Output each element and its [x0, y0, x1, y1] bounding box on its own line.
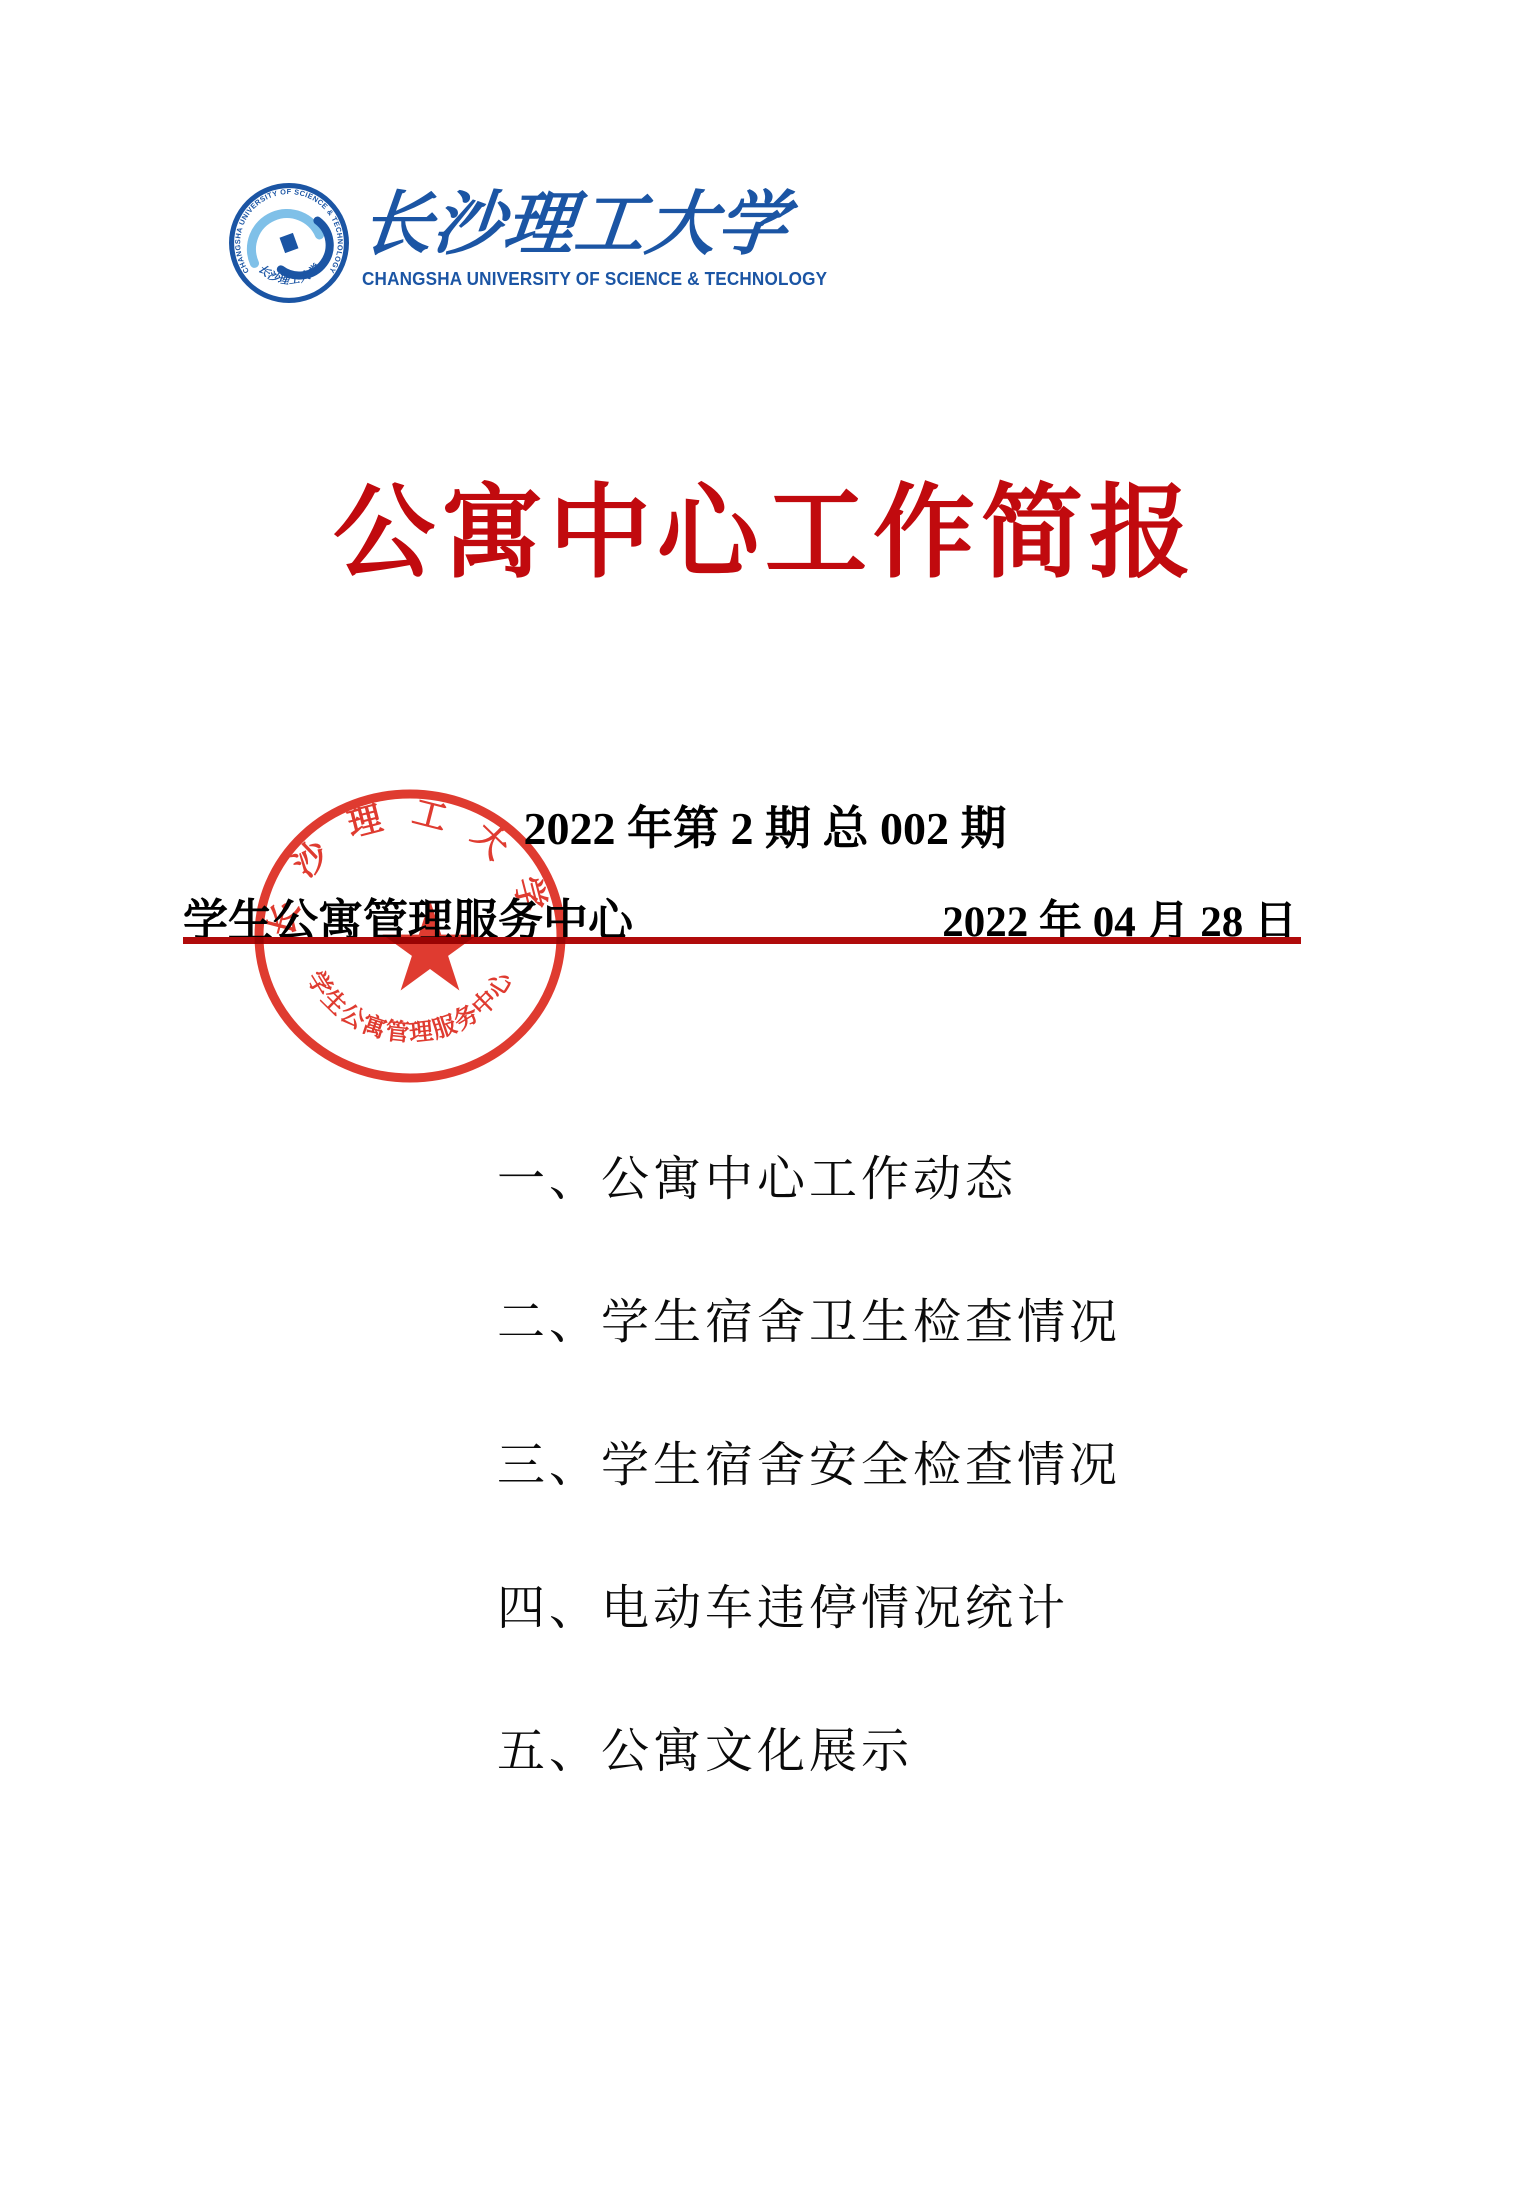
stamp-arc-text: 长沙理工大学: [262, 794, 558, 941]
toc-item-1: 一、公寓中心工作动态: [497, 1140, 1121, 1209]
issue-number-line: 2022 年第 2 期 总 002 期: [0, 792, 1530, 858]
toc-item-4: 四、电动车违停情况统计: [497, 1569, 1121, 1638]
university-emblem-icon: CHANGSHA UNIVERSITY OF SCIENCE & TECHNOL…: [228, 182, 350, 304]
official-seal-stamp: 长沙理工大学 学生公寓管理服务中心: [250, 788, 570, 1086]
toc-item-3: 三、学生宿舍安全检查情况: [497, 1426, 1121, 1495]
university-name-calligraphy: 长沙理工大学: [357, 180, 787, 271]
table-of-contents: 一、公寓中心工作动态 二、学生宿舍卫生检查情况 三、学生宿舍安全检查情况 四、电…: [497, 1140, 1121, 1855]
bulletin-title: 公寓中心工作简报: [0, 452, 1530, 598]
document-page: CHANGSHA UNIVERSITY OF SCIENCE & TECHNOL…: [0, 0, 1530, 2187]
svg-text:长沙理工大学: 长沙理工大学: [262, 794, 558, 941]
toc-item-2: 二、学生宿舍卫生检查情况: [497, 1283, 1121, 1352]
stamp-star-icon: [382, 900, 477, 991]
university-name-english: CHANGSHA UNIVERSITY OF SCIENCE & TECHNOL…: [362, 269, 761, 290]
toc-item-5: 五、公寓文化展示: [497, 1712, 1121, 1781]
university-logo: CHANGSHA UNIVERSITY OF SCIENCE & TECHNOL…: [228, 180, 788, 310]
